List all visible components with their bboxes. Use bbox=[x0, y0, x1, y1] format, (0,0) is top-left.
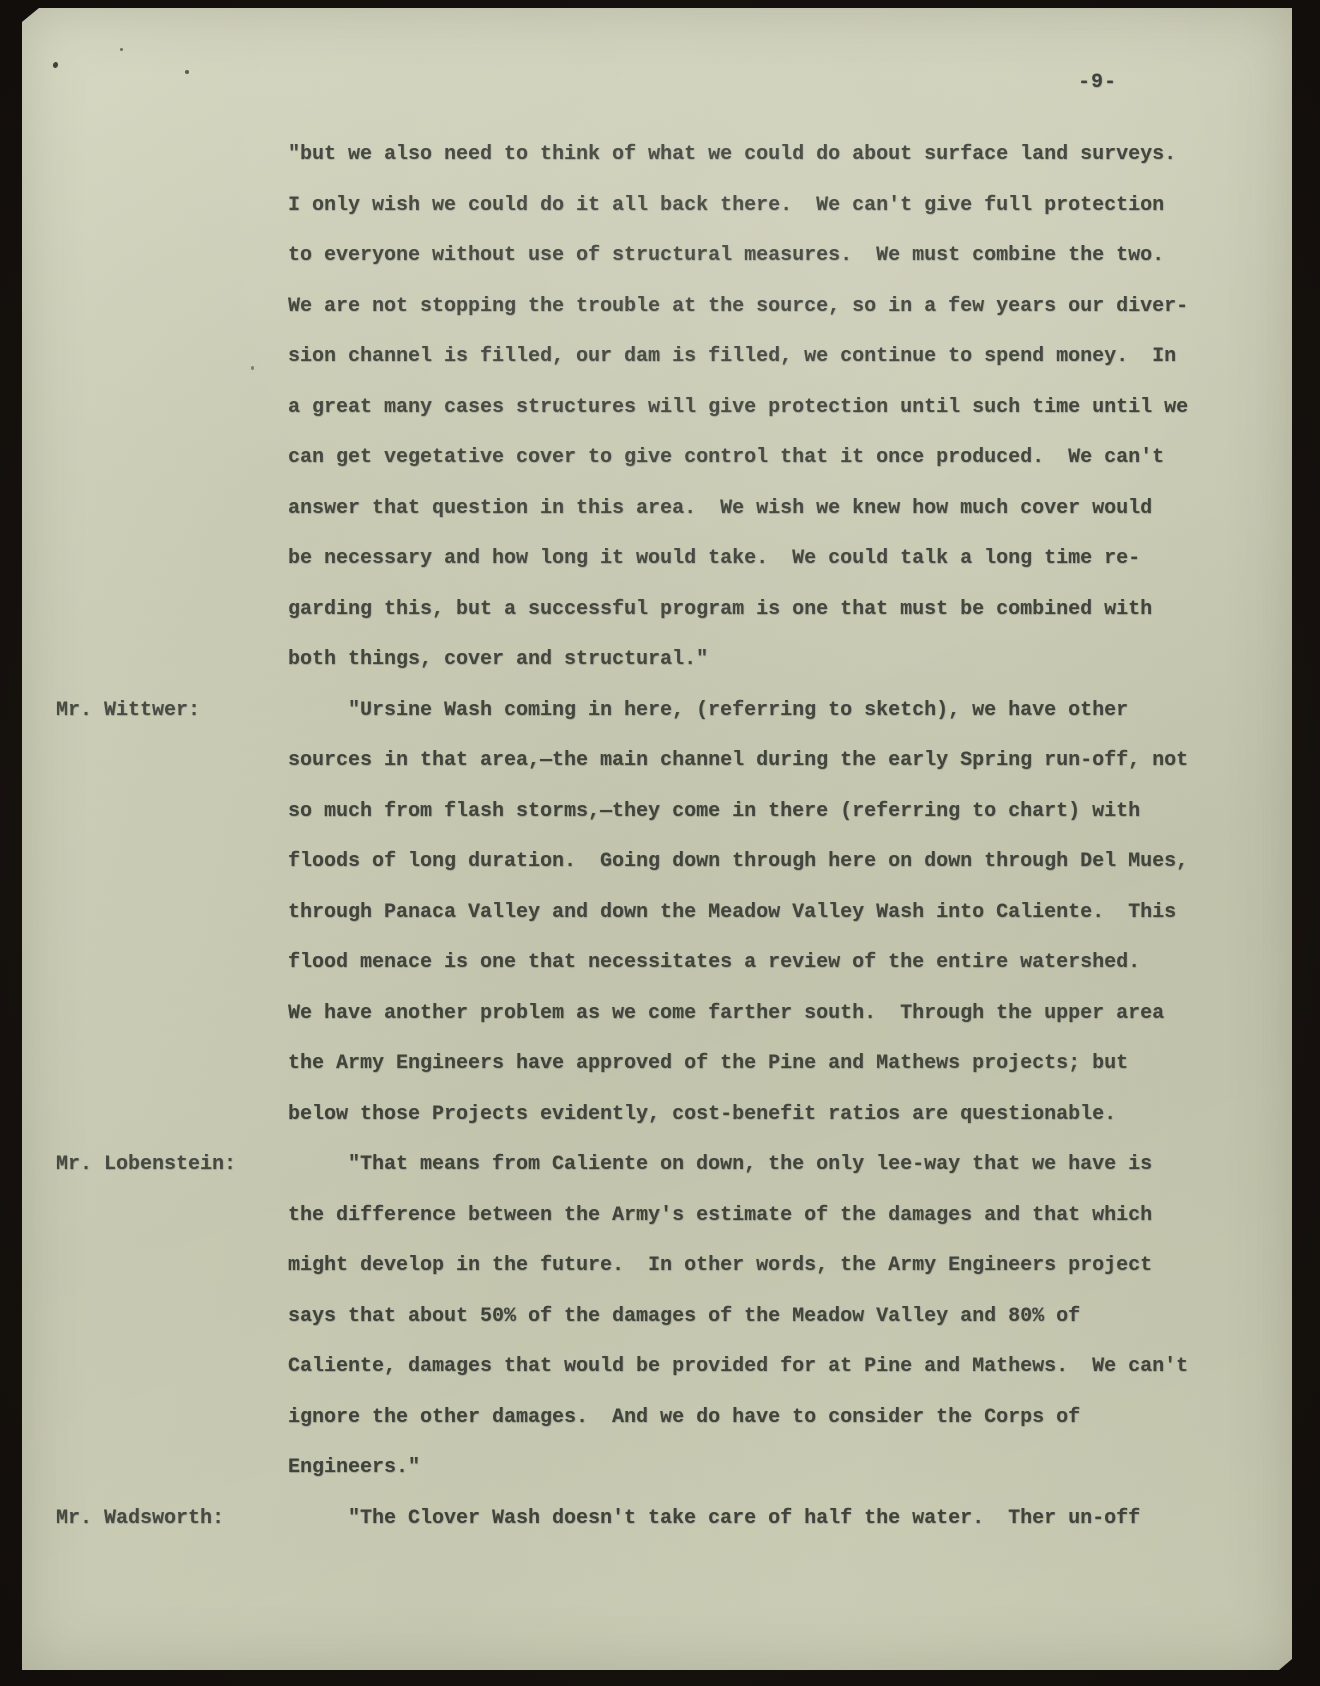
speaker-label: Mr. Lobenstein: bbox=[56, 1153, 236, 1176]
speaker-label: Mr. Wadsworth: bbox=[56, 1507, 224, 1530]
line-text: sources in that area,—the main channel d… bbox=[288, 749, 1188, 772]
transcript-line: Engineers." bbox=[56, 1456, 1262, 1507]
line-text: a great many cases structures will give … bbox=[288, 396, 1188, 419]
transcript-line: the Army Engineers have approved of the … bbox=[56, 1052, 1262, 1103]
line-text: so much from flash storms,—they come in … bbox=[288, 800, 1140, 823]
line-text: the difference between the Army's estima… bbox=[288, 1204, 1152, 1227]
line-text: sion channel is filled, our dam is fille… bbox=[288, 345, 1176, 368]
transcript-line: a great many cases structures will give … bbox=[56, 396, 1262, 447]
transcript-line: I only wish we could do it all back ther… bbox=[56, 194, 1262, 245]
line-text: "Ursine Wash coming in here, (referring … bbox=[348, 699, 1128, 722]
line-text: through Panaca Valley and down the Meado… bbox=[288, 901, 1176, 924]
speaker-label: Mr. Wittwer: bbox=[56, 699, 200, 722]
line-text: We have another problem as we come farth… bbox=[288, 1002, 1164, 1025]
transcript-line: We have another problem as we come farth… bbox=[56, 1002, 1262, 1053]
line-text: "The Clover Wash doesn't take care of ha… bbox=[348, 1507, 1140, 1530]
line-text: We are not stopping the trouble at the s… bbox=[288, 295, 1188, 318]
line-text: "That means from Caliente on down, the o… bbox=[348, 1153, 1152, 1176]
paper-speck bbox=[185, 70, 189, 74]
line-text: below those Projects evidently, cost-ben… bbox=[288, 1103, 1116, 1126]
line-text: might develop in the future. In other wo… bbox=[288, 1254, 1152, 1277]
transcript-line: the difference between the Army's estima… bbox=[56, 1204, 1262, 1255]
scan-background: -9- "but we also need to think of what w… bbox=[0, 0, 1320, 1686]
transcript-line: Mr. Wittwer: "Ursine Wash coming in here… bbox=[56, 699, 1262, 750]
line-text: both things, cover and structural." bbox=[288, 648, 708, 671]
line-text: says that about 50% of the damages of th… bbox=[288, 1305, 1080, 1328]
transcript-line: can get vegetative cover to give control… bbox=[56, 446, 1262, 497]
line-text: to everyone without use of structural me… bbox=[288, 244, 1164, 267]
transcript-line: says that about 50% of the damages of th… bbox=[56, 1305, 1262, 1356]
line-text: answer that question in this area. We wi… bbox=[288, 497, 1152, 520]
transcript-line: flood menace is one that necessitates a … bbox=[56, 951, 1262, 1002]
transcript-line: floods of long duration. Going down thro… bbox=[56, 850, 1262, 901]
paper-speck bbox=[52, 61, 59, 68]
transcript-line: Mr. Wadsworth: "The Clover Wash doesn't … bbox=[56, 1507, 1262, 1558]
line-text: Caliente, damages that would be provided… bbox=[288, 1355, 1188, 1378]
transcript-body: "but we also need to think of what we co… bbox=[56, 143, 1262, 1557]
line-text: be necessary and how long it would take.… bbox=[288, 547, 1140, 570]
line-text: flood menace is one that necessitates a … bbox=[288, 951, 1140, 974]
transcript-line: so much from flash storms,—they come in … bbox=[56, 800, 1262, 851]
line-text: the Army Engineers have approved of the … bbox=[288, 1052, 1128, 1075]
line-text: ignore the other damages. And we do have… bbox=[288, 1406, 1080, 1429]
transcript-line: be necessary and how long it would take.… bbox=[56, 547, 1262, 598]
line-text: floods of long duration. Going down thro… bbox=[288, 850, 1188, 873]
transcript-line: Mr. Lobenstein: "That means from Calient… bbox=[56, 1153, 1262, 1204]
transcript-line: might develop in the future. In other wo… bbox=[56, 1254, 1262, 1305]
transcript-line: answer that question in this area. We wi… bbox=[56, 497, 1262, 548]
transcript-line: sion channel is filled, our dam is fille… bbox=[56, 345, 1262, 396]
page-number: -9- bbox=[1078, 71, 1117, 94]
transcript-line: below those Projects evidently, cost-ben… bbox=[56, 1103, 1262, 1154]
transcript-line: "but we also need to think of what we co… bbox=[56, 143, 1262, 194]
transcript-line: to everyone without use of structural me… bbox=[56, 244, 1262, 295]
transcript-line: We are not stopping the trouble at the s… bbox=[56, 295, 1262, 346]
line-text: I only wish we could do it all back ther… bbox=[288, 194, 1164, 217]
line-text: "but we also need to think of what we co… bbox=[288, 143, 1176, 166]
transcript-line: through Panaca Valley and down the Meado… bbox=[56, 901, 1262, 952]
transcript-line: both things, cover and structural." bbox=[56, 648, 1262, 699]
line-text: can get vegetative cover to give control… bbox=[288, 446, 1164, 469]
line-text: Engineers." bbox=[288, 1456, 420, 1479]
paper-speck bbox=[120, 48, 123, 51]
line-text: garding this, but a successful program i… bbox=[288, 598, 1152, 621]
transcript-line: garding this, but a successful program i… bbox=[56, 598, 1262, 649]
transcript-line: sources in that area,—the main channel d… bbox=[56, 749, 1262, 800]
transcript-line: Caliente, damages that would be provided… bbox=[56, 1355, 1262, 1406]
transcript-line: ignore the other damages. And we do have… bbox=[56, 1406, 1262, 1457]
document-page: -9- "but we also need to think of what w… bbox=[22, 8, 1292, 1670]
